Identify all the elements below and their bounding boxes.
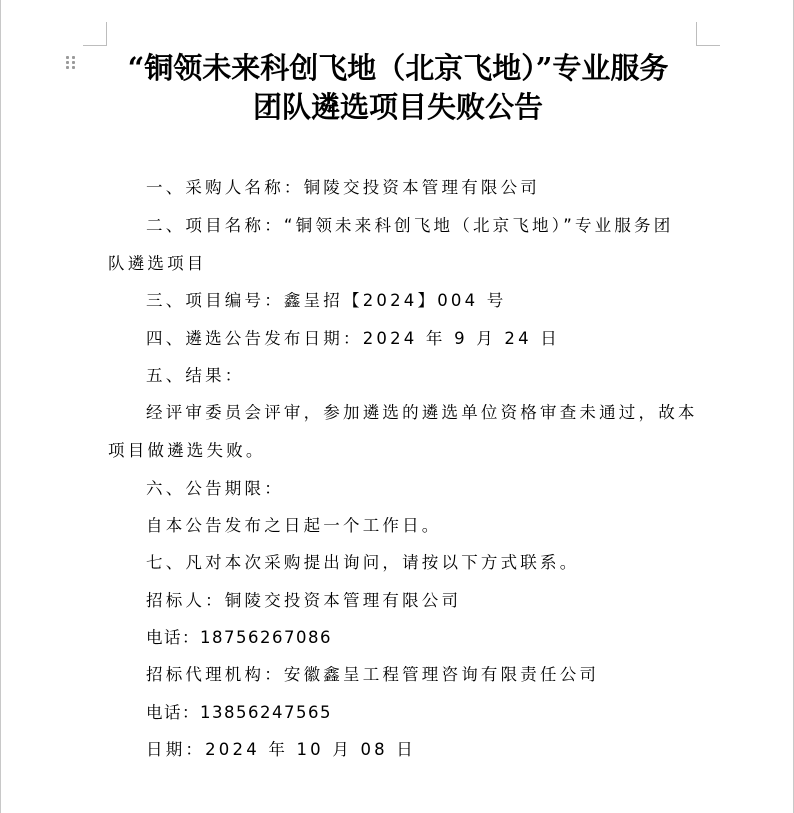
- heading-result: 五、结果：: [146, 365, 245, 387]
- paragraph-publish-date: 四、遴选公告发布日期：2024 年 9 月 24 日: [146, 328, 560, 350]
- margin-corner-top-right: [696, 22, 720, 46]
- paragraph-tenderer-phone: 电话：18756267086: [146, 627, 332, 649]
- paragraph-purchaser: 一、采购人名称：铜陵交投资本管理有限公司: [146, 177, 540, 199]
- document-title-line-2: 团队遴选项目失败公告: [1, 87, 794, 127]
- margin-corner-top-left: [83, 22, 107, 46]
- paragraph-date: 日期：2024 年 10 月 08 日: [146, 739, 416, 761]
- document-title-line-1: “铜领未来科创飞地（北京飞地）”专业服务: [1, 48, 794, 88]
- paragraph-project-name: 二、项目名称：“铜领未来科创飞地（北京飞地）”专业服务团: [146, 215, 673, 237]
- paragraph-contact-intro: 七、凡对本次采购提出询问，请按以下方式联系。: [146, 552, 579, 574]
- paragraph-agency: 招标代理机构：安徽鑫呈工程管理咨询有限责任公司: [146, 664, 599, 686]
- heading-notice-period: 六、公告期限：: [146, 478, 284, 500]
- paragraph-notice-period: 自本公告发布之日起一个工作日。: [146, 515, 442, 537]
- paragraph-project-name-cont: 队遴选项目: [108, 253, 207, 275]
- paragraph-agency-phone: 电话：13856247565: [146, 702, 332, 724]
- document-page[interactable]: “铜领未来科创飞地（北京飞地）”专业服务 团队遴选项目失败公告 一、采购人名称：…: [0, 0, 794, 813]
- paragraph-result-cont: 项目做遴选失败。: [108, 440, 266, 462]
- paragraph-project-number: 三、项目编号：鑫呈招【2024】004 号: [146, 290, 506, 312]
- paragraph-tenderer: 招标人：铜陵交投资本管理有限公司: [146, 590, 461, 612]
- paragraph-result: 经评审委员会评审，参加遴选的遴选单位资格审查未通过，故本: [146, 402, 698, 424]
